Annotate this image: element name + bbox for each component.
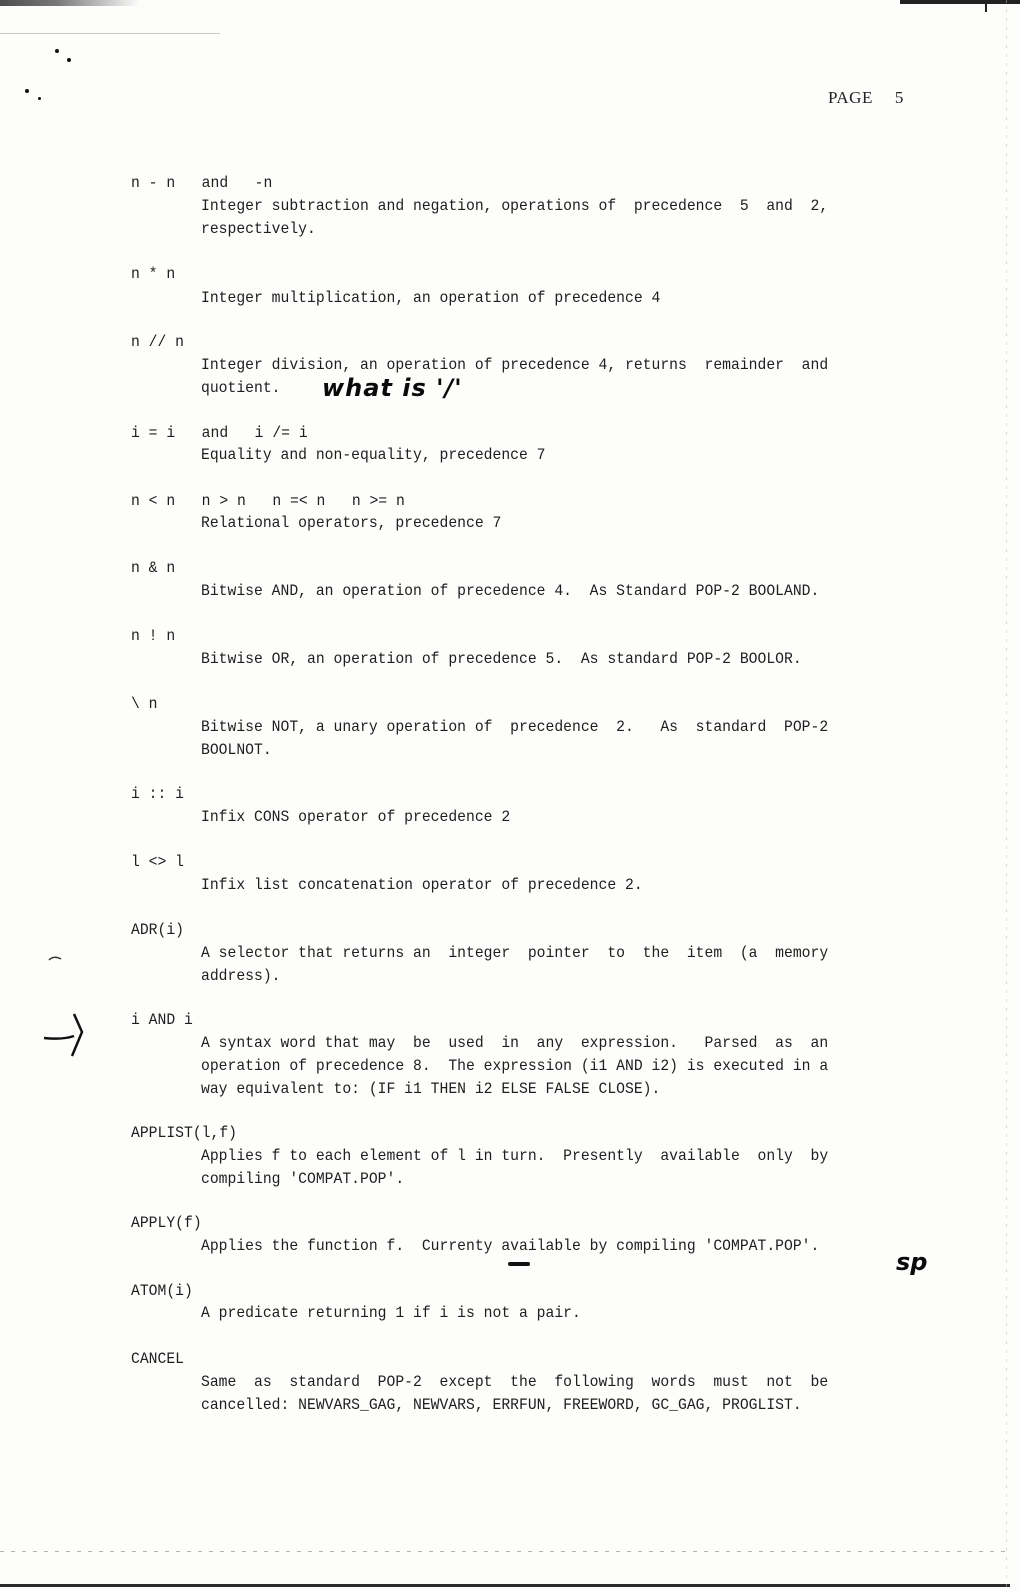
handwritten-note-what-is: what is '/' xyxy=(322,374,463,402)
entry-heading: APPLIST(l,f) xyxy=(131,1122,237,1144)
handwritten-underline-mark xyxy=(508,1262,530,1266)
entry-description: Same as standard POP-2 except the follow… xyxy=(201,1371,854,1417)
scan-artifact xyxy=(985,0,987,12)
scan-artifact xyxy=(0,1584,1010,1587)
entry-heading: ATOM(i) xyxy=(131,1280,193,1302)
description-line: quotient. xyxy=(201,377,854,400)
description-line: Same as standard POP-2 except the follow… xyxy=(201,1371,854,1394)
entry-description: Applies the function f. Currenty availab… xyxy=(201,1235,854,1258)
entry-heading: i AND i xyxy=(131,1009,193,1031)
entry-heading: n < n n > n n =< n n >= n xyxy=(131,490,405,512)
description-line: Relational operators, precedence 7 xyxy=(201,512,854,535)
description-line: Bitwise NOT, a unary operation of preced… xyxy=(201,716,854,739)
entry-description: Integer multiplication, an operation of … xyxy=(201,287,854,310)
document-page: PAGE5 n - n and -n Integer subtraction a… xyxy=(0,0,1020,1591)
margin-arrow-icon xyxy=(42,1010,92,1060)
description-line: Infix list concatenation operator of pre… xyxy=(201,874,854,897)
entry-description: Integer division, an operation of preced… xyxy=(201,354,854,400)
description-line: Bitwise AND, an operation of precedence … xyxy=(201,580,854,603)
entry-description: Relational operators, precedence 7 xyxy=(201,512,854,535)
description-line: Bitwise OR, an operation of precedence 5… xyxy=(201,648,854,671)
entry-heading: CANCEL xyxy=(131,1348,184,1370)
description-line: operation of precedence 8. The expressio… xyxy=(201,1055,854,1078)
page-number-value: 5 xyxy=(895,88,904,107)
entry-description: Bitwise AND, an operation of precedence … xyxy=(201,580,854,603)
description-line: cancelled: NEWVARS_GAG, NEWVARS, ERRFUN,… xyxy=(201,1394,854,1417)
scan-artifact xyxy=(0,33,220,34)
entry-heading: i = i and i /= i xyxy=(131,422,308,444)
entry-description: Applies f to each element of l in turn. … xyxy=(201,1145,854,1191)
description-line: Applies the function f. Currenty availab… xyxy=(201,1235,854,1258)
entry-description: A predicate returning 1 if i is not a pa… xyxy=(201,1302,854,1325)
entry-heading: n - n and -n xyxy=(131,172,272,194)
description-line: Integer subtraction and negation, operat… xyxy=(201,195,854,218)
scan-speck xyxy=(38,97,41,100)
description-line: A predicate returning 1 if i is not a pa… xyxy=(201,1302,854,1325)
entry-description: Integer subtraction and negation, operat… xyxy=(201,195,854,241)
description-line: Infix CONS operator of precedence 2 xyxy=(201,806,854,829)
entry-heading: n ! n xyxy=(131,625,175,647)
scan-artifact xyxy=(0,1551,1010,1552)
entry-description: Bitwise OR, an operation of precedence 5… xyxy=(201,648,854,671)
margin-tick-mark-icon xyxy=(48,955,62,961)
description-line: Equality and non-equality, precedence 7 xyxy=(201,444,854,467)
entry-heading: i :: i xyxy=(131,783,184,805)
entry-description: A selector that returns an integer point… xyxy=(201,942,854,988)
entry-heading: ADR(i) xyxy=(131,919,184,941)
entry-heading: \ n xyxy=(131,693,158,715)
entry-description: A syntax word that may be used in any ex… xyxy=(201,1032,854,1101)
entry-description: Infix CONS operator of precedence 2 xyxy=(201,806,854,829)
page-label: PAGE xyxy=(828,88,873,107)
scan-speck xyxy=(67,58,71,62)
entry-description: Equality and non-equality, precedence 7 xyxy=(201,444,854,467)
description-line: A syntax word that may be used in any ex… xyxy=(201,1032,854,1055)
entry-description: Infix list concatenation operator of pre… xyxy=(201,874,854,897)
scan-artifact xyxy=(900,0,1020,4)
scan-artifact xyxy=(0,0,140,6)
scan-artifact xyxy=(1006,0,1007,1591)
description-line: BOOLNOT. xyxy=(201,739,854,762)
scan-speck xyxy=(55,49,59,53)
description-line: respectively. xyxy=(201,218,854,241)
description-line: address). xyxy=(201,965,854,988)
description-line: compiling 'COMPAT.POP'. xyxy=(201,1168,854,1191)
entry-heading: APPLY(f) xyxy=(131,1212,202,1234)
scan-speck xyxy=(25,89,29,93)
entry-description: Bitwise NOT, a unary operation of preced… xyxy=(201,716,854,762)
entry-heading: n * n xyxy=(131,263,175,285)
description-line: Applies f to each element of l in turn. … xyxy=(201,1145,854,1168)
description-line: Integer division, an operation of preced… xyxy=(201,354,854,377)
entry-heading: n // n xyxy=(131,331,184,353)
handwritten-note-sp: sp xyxy=(896,1248,927,1276)
entry-heading: l <> l xyxy=(131,851,184,873)
entry-heading: n & n xyxy=(131,557,175,579)
description-line: A selector that returns an integer point… xyxy=(201,942,854,965)
description-line: way equivalent to: (IF i1 THEN i2 ELSE F… xyxy=(201,1078,854,1101)
description-line: Integer multiplication, an operation of … xyxy=(201,287,854,310)
page-number: PAGE5 xyxy=(828,88,904,108)
